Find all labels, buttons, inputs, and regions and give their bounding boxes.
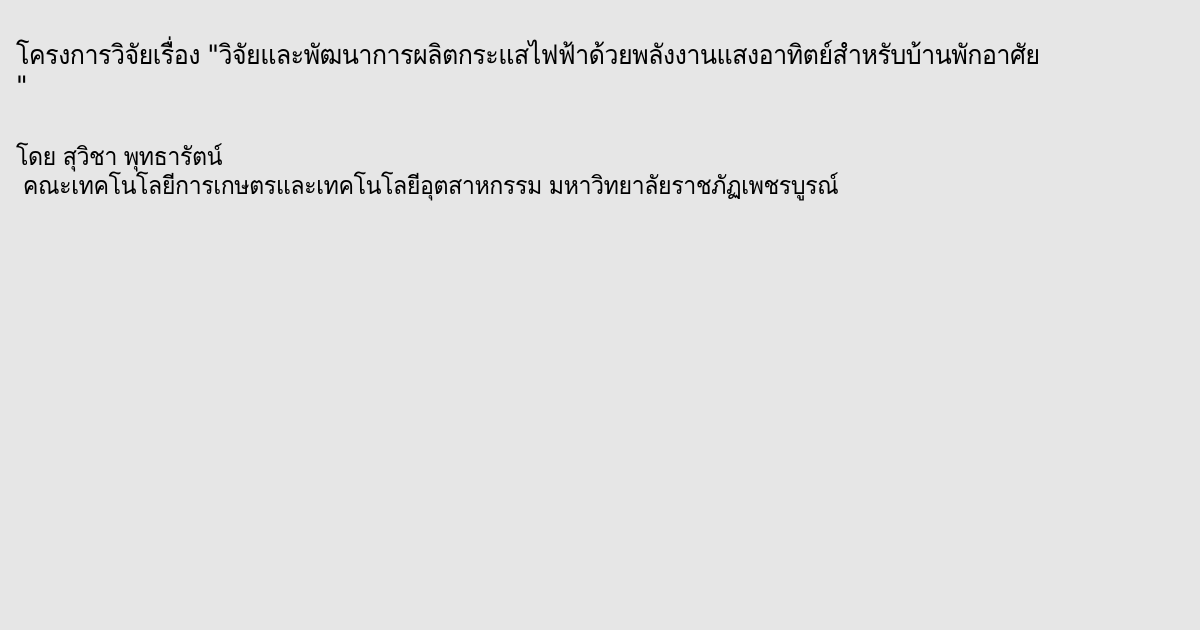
title-line-2: " (16, 71, 1109, 102)
byline: โดย สุวิชา พุทธารัตน์ คณะเทคโนโลยีการเกษ… (16, 142, 1102, 200)
document-title: โครงการวิจัยเรื่อง "วิจัยและพัฒนาการผลิต… (16, 40, 1109, 102)
document-page: โครงการวิจัยเรื่อง "วิจัยและพัฒนาการผลิต… (0, 0, 1200, 630)
title-line-1: โครงการวิจัยเรื่อง "วิจัยและพัฒนาการผลิต… (16, 40, 1109, 71)
author-affiliation: คณะเทคโนโลยีการเกษตรและเทคโนโลยีอุตสาหกร… (16, 171, 1102, 200)
author-name: โดย สุวิชา พุทธารัตน์ (16, 142, 1102, 171)
